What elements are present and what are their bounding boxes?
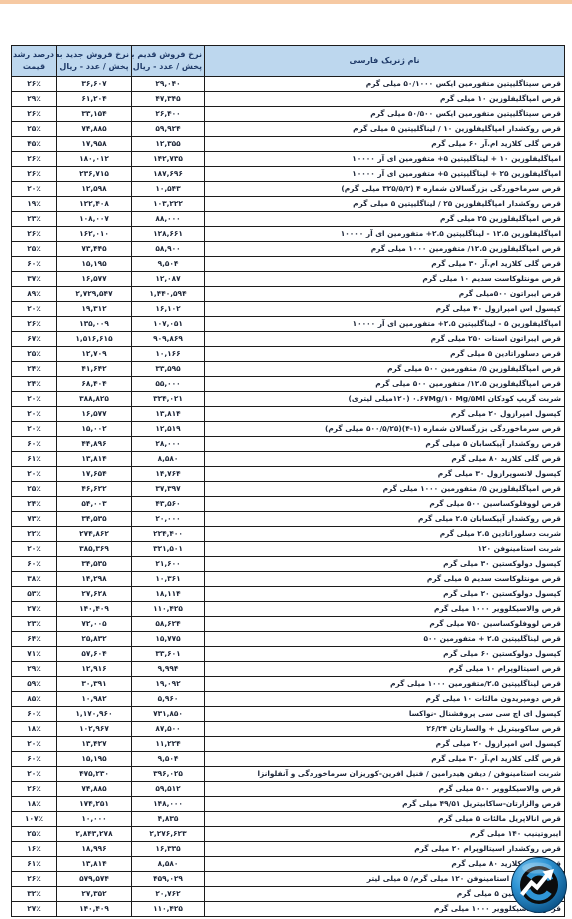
growth-percent-cell: ۳۲٪ (12, 887, 57, 902)
growth-percent-cell-value: ۲۶٪ (27, 154, 41, 163)
new-price-cell: ۱,۱۷۰,۹۶۰ (57, 707, 132, 722)
growth-percent-cell-value: ۲۳٪ (27, 214, 41, 223)
new-price-cell-value: ۱۳,۸۱۴ (81, 859, 106, 868)
table-row: قرص لووفلوکساسین ۵۰۰ میلی گرم۴۳,۵۶۰۵۴,۰۰… (12, 497, 565, 512)
old-price-cell: ۳۷,۳۹۷ (132, 482, 205, 497)
drug-name-cell: قرص والاسیکلوویر ۵۰۰ میلی گرم (205, 782, 565, 797)
table-row: قرص گلی کلازید ۸۰ میلی گرم۸,۵۸۰۱۳,۸۱۴۶۱٪ (12, 452, 565, 467)
drug-name-cell: کپسول اس امپرازول ۴۰ میلی گرم (205, 302, 565, 317)
drug-name-cell: قرص لیناگلیپتین ۲.۵ + متفورمین ۵۰۰ (205, 632, 565, 647)
growth-percent-cell-value: ۲۳٪ (27, 619, 41, 628)
growth-percent-cell: ۲۰٪ (12, 182, 57, 197)
growth-percent-cell-value: ۴۵٪ (27, 139, 41, 148)
growth-percent-cell-value: ۶۰٪ (27, 559, 41, 568)
new-price-cell-value: ۱۷۴,۲۵۱ (79, 799, 109, 808)
growth-percent-cell-value: ۲۰٪ (27, 769, 41, 778)
new-price-cell-value: ۱۶,۵۷۷ (81, 274, 106, 283)
growth-percent-cell-value: ۷۱٪ (27, 649, 41, 658)
drug-name-cell: قرص گلی کلازید ۸۰ میلی گرم (205, 452, 565, 467)
column-header-label: نرخ فروش جدید به (59, 49, 129, 62)
old-price-cell: ۱۶,۱۰۲ (132, 302, 205, 317)
old-price-cell-value: ۱۵,۷۷۵ (155, 634, 180, 643)
new-price-cell: ۱۶,۵۷۷ (57, 272, 132, 287)
growth-percent-cell-value: ۲۷٪ (27, 604, 41, 613)
table-row: شربت دسلوراتادین ۲.۵ میلی گرم۲۲۴,۴۰۰۲۷۴,… (12, 527, 565, 542)
new-price-cell-value: ۱۵,۰۰۲ (81, 424, 106, 433)
growth-percent-cell: ۲۳٪ (12, 617, 57, 632)
old-price-cell: ۱۰۷,۰۵۱ (132, 317, 205, 332)
old-price-cell: ۱۲۸,۶۶۱ (132, 227, 205, 242)
table-row: قرص امپاگلیفلوزین ۵/ متفورمین ۱۰۰۰ میلی … (12, 482, 565, 497)
growth-percent-cell-value: ۲۴٪ (27, 379, 41, 388)
old-price-cell-value: ۱۱۰,۴۲۵ (153, 904, 183, 913)
new-price-cell: ۱۷,۹۵۸ (57, 137, 132, 152)
drug-name-cell: قرص لیناگلیپتین ۲.۵/متفورمین ۱۰۰۰ میلی گ… (205, 677, 565, 692)
table-row: کپسول دولوکستین ۳۰ میلی گرم۲۱,۶۰۰۳۴,۵۳۵۶… (12, 557, 565, 572)
old-price-cell-value: ۱۲,۳۵۵ (155, 139, 180, 148)
growth-percent-cell: ۲۰٪ (12, 392, 57, 407)
old-price-cell: ۸۷,۵۰۰ (132, 722, 205, 737)
new-price-cell-value: ۳۰,۳۹۱ (81, 679, 106, 688)
drug-name-cell: قرص امپاگلیفلوزین ۲۵ میلی گرم (205, 212, 565, 227)
growth-percent-cell: ۲۶٪ (12, 77, 57, 92)
growth-percent-cell-value: ۲۴٪ (27, 364, 41, 373)
table-row: قرص دسلوراتادین ۵ میلی گرم۱۰,۱۶۶۱۲,۷۰۹۲۵… (12, 347, 565, 362)
drug-name-cell: قرص روکشدار اسیتالوپرام ۲۰ میلی گرم (205, 842, 565, 857)
drug-name-cell: شربت استامینوفن ۱۲۰ (205, 542, 565, 557)
growth-percent-cell: ۲۶٪ (12, 107, 57, 122)
new-price-cell-value: ۱,۱۷۰,۹۶۰ (75, 709, 112, 718)
table-row: قرص امپاگلیفلوزین ۱۰ میلی گرم۴۷,۳۴۵۶۱,۲۰… (12, 92, 565, 107)
table-header: نام ژنریک فارسی نرخ فروش قدیم به پخش / ع… (12, 46, 565, 77)
drug-name-cell: قرص امپاگلیفلوزین ۱۲.۵/ متفورمین ۵۰۰ میل… (205, 377, 565, 392)
new-price-cell-value: ۱۵,۱۹۵ (81, 259, 106, 268)
column-header-label: قیمت (14, 61, 54, 74)
old-price-cell-value: ۸,۵۸۰ (158, 859, 179, 868)
new-price-cell: ۱۳,۸۱۴ (57, 857, 132, 872)
table-row: شربت استامینوفن ۱۲۰۳۲۱,۵۰۱۳۸۵,۳۶۹۲۰٪ (12, 542, 565, 557)
old-price-cell-value: ۸۷,۵۰۰ (155, 724, 180, 733)
drug-name-cell: قرص گلی کلازید ام.آر ۶۰ میلی گرم (205, 137, 565, 152)
growth-percent-cell-value: ۲۶٪ (27, 319, 41, 328)
new-price-cell: ۱۰,۹۸۲ (57, 692, 132, 707)
growth-percent-cell-value: ۲۵٪ (27, 124, 41, 133)
column-header-label: پخش / عدد - ریال (134, 61, 202, 74)
growth-percent-cell: ۸۹٪ (12, 287, 57, 302)
drug-name-cell: قرص ایبراتون ۵۰۰میلی گرم (205, 287, 565, 302)
old-price-cell: ۲۹,۰۴۰ (132, 77, 205, 92)
old-price-cell-value: ۸,۵۸۰ (158, 454, 179, 463)
new-price-cell-value: ۱۶,۵۷۷ (81, 409, 106, 418)
new-price-cell-value: ۲۷۴,۸۶۲ (79, 529, 109, 538)
old-price-cell-value: ۹,۵۰۴ (158, 259, 179, 268)
growth-percent-cell-value: ۲۰٪ (27, 469, 41, 478)
old-price-cell: ۱۸,۱۱۴ (132, 587, 205, 602)
growth-percent-cell: ۲۶٪ (12, 152, 57, 167)
old-price-cell: ۸۸,۰۰۰ (132, 212, 205, 227)
growth-percent-cell: ۲۳٪ (12, 212, 57, 227)
old-price-cell-value: ۱۰۳,۲۲۲ (153, 199, 183, 208)
new-price-cell-value: ۱۴۰,۴۰۹ (79, 604, 109, 613)
new-price-cell-value: ۱۴,۲۹۸ (81, 574, 106, 583)
growth-percent-cell: ۲۰٪ (12, 767, 57, 782)
new-price-cell-value: ۵۴,۰۰۳ (81, 499, 106, 508)
growth-percent-cell-value: ۶۰٪ (27, 259, 41, 268)
growth-percent-cell: ۷۱٪ (12, 647, 57, 662)
new-price-cell: ۷۲,۰۰۵ (57, 617, 132, 632)
column-header-generic-name: نام ژنریک فارسی (205, 46, 565, 77)
growth-percent-cell: ۲۰٪ (12, 542, 57, 557)
growth-percent-cell: ۶۱٪ (12, 452, 57, 467)
table-row: قرص لیناگلیپتین ۲.۵/متفورمین ۱۰۰۰ میلی گ… (12, 677, 565, 692)
new-price-cell: ۲,۸۴۳,۲۷۸ (57, 827, 132, 842)
growth-percent-cell-value: ۲۴٪ (27, 499, 41, 508)
drug-name-cell: قرص لووفلوکساسین ۷۵۰ میلی گرم (205, 617, 565, 632)
column-header-label: نرخ فروش قدیم به (134, 49, 202, 62)
new-price-cell: ۱۶۲,۰۱۰ (57, 227, 132, 242)
drug-name-cell: قرص روکشدار امپاگلیفلوزین ۱۰ / لیناگلیپت… (205, 122, 565, 137)
old-price-cell-value: ۲۱,۶۰۰ (155, 559, 180, 568)
new-price-cell-value: ۴۴,۸۹۶ (81, 439, 106, 448)
old-price-cell-value: ۳۳,۵۹۵ (155, 364, 180, 373)
new-price-cell: ۷۴,۸۸۵ (57, 122, 132, 137)
table-row: قرص ایبراتون استات ۲۵۰ میلی گرم۹۰۹,۸۶۹۱,… (12, 332, 565, 347)
growth-percent-cell-value: ۲۰٪ (27, 304, 41, 313)
old-price-cell-value: ۵,۹۶۰ (158, 694, 179, 703)
table-row: قرص والاسیکلوویر ۱۰۰۰ میلی گرم۱۱۰,۴۲۵۱۴۰… (12, 902, 565, 917)
old-price-cell: ۳۲۱,۵۰۱ (132, 542, 205, 557)
drug-name-cell: قرص سیتاگلیپتین متفورمین ایکس ۵۰/۵۰۰ میل… (205, 107, 565, 122)
old-price-cell: ۲۱,۶۰۰ (132, 557, 205, 572)
new-price-cell-value: ۴۶,۶۲۲ (81, 484, 106, 493)
growth-percent-cell-value: ۶۰٪ (27, 754, 41, 763)
new-price-cell-value: ۱۹,۳۱۲ (81, 304, 106, 313)
drug-name-cell: قرص اسیتالوپرام ۱۰ میلی گرم (205, 662, 565, 677)
old-price-cell: ۱۱۰,۴۲۵ (132, 902, 205, 917)
old-price-cell-value: ۲۸,۰۰۰ (155, 439, 180, 448)
old-price-cell-value: ۱۸۷,۶۹۶ (153, 169, 183, 178)
old-price-cell-value: ۱۲۸,۶۶۱ (153, 229, 183, 238)
new-price-cell: ۷۳,۴۴۵ (57, 242, 132, 257)
old-price-cell-value: ۵۵,۰۰۰ (155, 379, 180, 388)
new-price-cell-value: ۳۶,۶۰۷ (81, 79, 106, 88)
new-price-cell: ۱۴۰,۴۰۹ (57, 902, 132, 917)
old-price-cell-value: ۲۹,۰۴۰ (155, 79, 180, 88)
new-price-cell-value: ۷۴,۸۸۵ (81, 784, 106, 793)
drug-name-cell: قرص دسلوراتادین ۵ میلی گرم (205, 347, 565, 362)
new-price-cell-value: ۷۴,۸۸۵ (81, 124, 106, 133)
old-price-cell-value: ۲,۲۷۶,۶۲۳ (149, 829, 186, 838)
growth-percent-cell: ۵۹٪ (12, 677, 57, 692)
new-price-cell: ۱,۵۱۶,۶۱۵ (57, 332, 132, 347)
growth-percent-cell: ۲۶٪ (12, 782, 57, 797)
growth-percent-cell: ۴۵٪ (12, 137, 57, 152)
old-price-cell: ۱۴۲,۷۳۵ (132, 152, 205, 167)
table-row: قرص امپاگلیفلوزین ۲۵ میلی گرم۸۸,۰۰۰۱۰۸,۰… (12, 212, 565, 227)
old-price-cell-value: ۴۳,۵۶۰ (155, 499, 180, 508)
old-price-cell: ۴,۸۳۵ (132, 812, 205, 827)
new-price-cell: ۲,۷۲۹,۵۴۷ (57, 287, 132, 302)
old-price-cell: ۲۰,۰۰۰ (132, 512, 205, 527)
drug-name-cell: قرص مونتلوکاست سدیم ۱۰ میلی گرم (205, 272, 565, 287)
drug-name-cell: قرص سرماخوردگی بزرگسالان شماره ۴ (۳۲۵/۵/… (205, 182, 565, 197)
new-price-cell: ۱۰,۰۰۰ (57, 812, 132, 827)
growth-percent-cell: ۲۵٪ (12, 347, 57, 362)
growth-percent-cell-value: ۶۴٪ (27, 634, 41, 643)
table-row: کپسول اس امپرازول ۲۰ میلی گرم۱۱,۲۲۴۱۳,۴۲… (12, 737, 565, 752)
new-price-cell-value: ۳۴,۵۳۵ (81, 559, 106, 568)
old-price-cell: ۹۰۹,۸۶۹ (132, 332, 205, 347)
growth-percent-cell-value: ۲۲٪ (27, 529, 41, 538)
new-price-cell-value: ۷۳,۴۴۵ (81, 244, 106, 253)
old-price-cell-value: ۲۰,۰۰۰ (155, 514, 180, 523)
new-price-cell-value: ۱۳۵,۰۰۹ (79, 319, 109, 328)
drug-name-cell: قرص والزارتان-ساکابیتریل ۴۹/۵۱ میلی گرم (205, 797, 565, 812)
old-price-cell-value: ۲۶,۴۰۰ (155, 109, 180, 118)
old-price-cell: ۴۵۹,۰۲۹ (132, 872, 205, 887)
table-row: قرص لووفلوکساسین ۷۵۰ میلی گرم۵۸,۶۲۴۷۲,۰۰… (12, 617, 565, 632)
table-row: قرص والاسیکلوویر ۵۰۰ میلی گرم۵۹,۵۱۲۷۴,۸۸… (12, 782, 565, 797)
old-price-cell: ۱۱,۲۲۴ (132, 737, 205, 752)
growth-percent-cell-value: ۲۶٪ (27, 169, 41, 178)
old-price-cell: ۷۳۱,۸۵۰ (132, 707, 205, 722)
growth-percent-cell: ۲۵٪ (12, 122, 57, 137)
new-price-cell: ۳۸۸,۸۲۵ (57, 392, 132, 407)
new-price-cell-value: ۱۲,۷۰۹ (81, 349, 106, 358)
table-row: قرص روکشدار امپاگلیفلوزین ۱۰ / لیناگلیپت… (12, 122, 565, 137)
table-row: امپاگلیفلوزین ۱۰ + لیناگلیپتین ۵+ متفورم… (12, 152, 565, 167)
old-price-cell-value: ۹,۹۹۴ (158, 664, 179, 673)
growth-percent-cell-value: ۷۳٪ (27, 514, 41, 523)
growth-percent-cell: ۱۸٪ (12, 722, 57, 737)
growth-percent-cell: ۲۹٪ (12, 662, 57, 677)
growth-percent-cell: ۶۰٪ (12, 257, 57, 272)
table-row: قرص گلی کلازید ۸۰ میلی گرم۸,۵۸۰۱۳,۸۱۴۶۱٪ (12, 857, 565, 872)
growth-percent-cell: ۲۰٪ (12, 422, 57, 437)
growth-percent-cell-value: ۵۳٪ (27, 589, 41, 598)
old-price-cell-value: ۴۷,۳۴۵ (155, 94, 180, 103)
growth-percent-cell: ۲۴٪ (12, 377, 57, 392)
old-price-cell: ۱۱۰,۴۲۵ (132, 602, 205, 617)
new-price-cell: ۱۰۸,۰۰۷ (57, 212, 132, 227)
drug-name-cell: کپسول دولوکستین ۳۰ میلی گرم (205, 557, 565, 572)
new-price-cell-value: ۱۰,۹۸۲ (81, 694, 106, 703)
old-price-cell-value: ۱۱۰,۴۲۵ (153, 604, 183, 613)
growth-percent-cell: ۲۶٪ (12, 167, 57, 182)
new-price-cell: ۳۳,۱۵۴ (57, 107, 132, 122)
growth-percent-cell-value: ۸۹٪ (27, 289, 41, 298)
old-price-cell-value: ۱۶,۱۰۲ (155, 304, 180, 313)
old-price-cell: ۵۵,۰۰۰ (132, 377, 205, 392)
new-price-cell-value: ۵۷۹,۵۷۴ (79, 874, 109, 883)
old-price-cell-value: ۱۰,۱۶۶ (155, 349, 180, 358)
growth-percent-cell-value: ۲۹٪ (27, 94, 41, 103)
old-price-cell-value: ۷۳۱,۸۵۰ (153, 709, 183, 718)
drug-name-cell: قرص سیتاگلیپتین متفورمین ایکس ۵۰/۱۰۰۰ می… (205, 77, 565, 92)
growth-percent-cell: ۲۲٪ (12, 527, 57, 542)
new-price-cell: ۱۲,۹۱۶ (57, 662, 132, 677)
table-row: قرص روکشدار آپیکسابان ۵ میلی گرم۲۸,۰۰۰۴۴… (12, 437, 565, 452)
drug-name-cell: امپاگلیفلوزین ۲۵ + لیناگلیپتین ۵+ متفورم… (205, 167, 565, 182)
table-row: قرص روکشدار آپیکسابان ۲.۵ میلی گرم۲۰,۰۰۰… (12, 512, 565, 527)
old-price-cell: ۱۲,۰۸۷ (132, 272, 205, 287)
growth-percent-cell-value: ۵۹٪ (27, 679, 41, 688)
growth-percent-cell: ۶۱٪ (12, 857, 57, 872)
header-row: نام ژنریک فارسی نرخ فروش قدیم به پخش / ع… (12, 46, 565, 77)
old-price-cell: ۵۹,۵۱۲ (132, 782, 205, 797)
growth-percent-cell-value: ۲۶٪ (27, 109, 41, 118)
new-price-cell: ۵۷,۶۰۴ (57, 647, 132, 662)
growth-percent-cell-value: ۶۱٪ (27, 859, 41, 868)
new-price-cell-value: ۳۴,۵۳۵ (81, 514, 106, 523)
drug-name-cell: امپاگلیفلوزین ۵ - لیناگلیپتین ۲.۵+ متفور… (205, 317, 565, 332)
growth-percent-cell: ۶۰٪ (12, 437, 57, 452)
growth-percent-cell: ۶۴٪ (12, 632, 57, 647)
growth-percent-cell: ۲۶٪ (12, 872, 57, 887)
old-price-cell: ۵,۹۶۰ (132, 692, 205, 707)
growth-percent-cell: ۳۸٪ (12, 572, 57, 587)
growth-percent-cell-value: ۲۰٪ (27, 424, 41, 433)
new-price-cell: ۱۸,۹۹۶ (57, 842, 132, 857)
drug-name-cell: کپسول دولوکستین ۶۰ میلی گرم (205, 647, 565, 662)
new-price-cell-value: ۷۲,۰۰۵ (81, 619, 106, 628)
new-price-cell: ۵۷۹,۵۷۴ (57, 872, 132, 887)
old-price-cell-value: ۵۹,۵۱۲ (155, 784, 180, 793)
growth-percent-cell-value: ۲۵٪ (27, 484, 41, 493)
new-price-cell: ۳۸۵,۳۶۹ (57, 542, 132, 557)
old-price-cell-value: ۴,۸۳۵ (158, 814, 179, 823)
old-price-cell-value: ۳۲۴,۰۲۱ (153, 394, 183, 403)
growth-percent-cell-value: ۲۶٪ (27, 79, 41, 88)
drug-name-cell: قرص ساکوبیتریل + والسارتان ۲۶/۲۴ (205, 722, 565, 737)
old-price-cell: ۵۸,۶۲۴ (132, 617, 205, 632)
old-price-cell-value: ۱۸,۱۱۴ (155, 589, 180, 598)
growth-percent-cell-value: ۶۷٪ (27, 334, 41, 343)
drug-name-cell: امپاگلیفلوزین ۱۰ + لیناگلیپتین ۵+ متفورم… (205, 152, 565, 167)
drug-name-cell: قرص گلی کلازید ام.آر ۳۰ میلی گرم (205, 752, 565, 767)
old-price-cell: ۸,۵۸۰ (132, 857, 205, 872)
old-price-cell-value: ۲۰,۷۶۲ (155, 889, 180, 898)
old-price-cell-value: ۳۳,۶۰۱ (155, 649, 180, 658)
growth-percent-cell-value: ۲۰٪ (27, 184, 41, 193)
growth-percent-cell-value: ۱۰۷٪ (25, 814, 43, 823)
old-price-cell: ۱,۴۴۰,۵۹۴ (132, 287, 205, 302)
growth-percent-cell-value: ۳۸٪ (27, 574, 41, 583)
old-price-cell: ۱۶,۳۳۵ (132, 842, 205, 857)
table-row: امپاگلیفلوزین ۲۵ + لیناگلیپتین ۵+ متفورم… (12, 167, 565, 182)
new-price-cell: ۶۸,۴۰۴ (57, 377, 132, 392)
table-row: کپسول اس امپرازول ۴۰ میلی گرم۱۶,۱۰۲۱۹,۳۱… (12, 302, 565, 317)
table-row: قرص امپاگلیفلوزین ۱۲.۵/ متفورمین ۱۰۰۰ می… (12, 242, 565, 257)
new-price-cell-value: ۱۸,۹۹۶ (81, 844, 106, 853)
old-price-cell: ۲۶,۴۰۰ (132, 107, 205, 122)
table-row: قرص لیناگلیپتین ۲.۵ + متفورمین ۵۰۰۱۵,۷۷۵… (12, 632, 565, 647)
table-row: کپسول ای اچ سی سی پروفشنال -نواکسا۷۳۱,۸۵… (12, 707, 565, 722)
drug-name-cell: ایبروتینیب ۱۴۰ میلی گرم (205, 827, 565, 842)
growth-percent-cell: ۶۷٪ (12, 332, 57, 347)
new-price-cell-value: ۳۸۵,۳۶۹ (79, 544, 109, 553)
growth-percent-cell-value: ۱۹٪ (27, 199, 41, 208)
new-price-cell: ۳۴,۵۳۵ (57, 557, 132, 572)
growth-percent-cell: ۲۰٪ (12, 302, 57, 317)
table-row: قرص گلی کلازید ام.آر ۳۰ میلی گرم۹,۵۰۴۱۵,… (12, 257, 565, 272)
growth-percent-cell-value: ۱۸٪ (27, 724, 41, 733)
new-price-cell: ۱۰۲,۹۶۷ (57, 722, 132, 737)
table-row: قرص سرماخوردگی بزرگسالان شماره ۴ (۳۲۵/۵/… (12, 182, 565, 197)
drug-name-cell: قرص والاسیکلوویر ۱۰۰۰ میلی گرم (205, 602, 565, 617)
new-price-cell: ۲۵,۸۳۲ (57, 632, 132, 647)
new-price-cell-value: ۱۴۰,۴۰۹ (79, 904, 109, 913)
new-price-cell: ۲۷,۶۲۸ (57, 587, 132, 602)
drug-name-cell: قرص امپاگلیفلوزین ۱۲.۵/ متفورمین ۱۰۰۰ می… (205, 242, 565, 257)
table-row: قرص ساکوبیتریل + والسارتان ۲۶/۲۴۸۷,۵۰۰۱۰… (12, 722, 565, 737)
old-price-cell: ۱۸۷,۶۹۶ (132, 167, 205, 182)
growth-percent-cell: ۱۰۷٪ (12, 812, 57, 827)
growth-percent-cell-value: ۲۶٪ (27, 784, 41, 793)
growth-percent-cell: ۳۷٪ (12, 272, 57, 287)
old-price-cell-value: ۸۸,۰۰۰ (155, 214, 180, 223)
new-price-cell: ۱۷,۶۵۴ (57, 467, 132, 482)
new-price-cell: ۱۹,۳۱۲ (57, 302, 132, 317)
new-price-cell-value: ۱۷,۶۵۴ (81, 469, 106, 478)
growth-percent-cell: ۲۰٪ (12, 737, 57, 752)
drug-name-cell: قرص امپاگلیفلوزین ۱۰ میلی گرم (205, 92, 565, 107)
drug-price-table: نام ژنریک فارسی نرخ فروش قدیم به پخش / ع… (11, 45, 565, 917)
table-row: قرص روکشدار اسیتالوپرام ۲۰ میلی گرم۱۶,۳۳… (12, 842, 565, 857)
growth-percent-cell-value: ۸۵٪ (27, 694, 41, 703)
table-row: قرص والاسیکلوویر ۱۰۰۰ میلی گرم۱۱۰,۴۲۵۱۴۰… (12, 602, 565, 617)
growth-percent-cell-value: ۲۰٪ (27, 739, 41, 748)
new-price-cell: ۴۶,۶۲۲ (57, 482, 132, 497)
drug-name-cell: قرص ایبراتون استات ۲۵۰ میلی گرم (205, 332, 565, 347)
table-row: قرص سرماخوردگی بزرگسالان شماره (۱-۴)(۵۰۰… (12, 422, 565, 437)
growth-percent-cell-value: ۲۶٪ (27, 229, 41, 238)
growth-percent-cell-value: ۱۸٪ (27, 799, 41, 808)
old-price-cell: ۱۳,۸۱۴ (132, 407, 205, 422)
table-row: قرص سیتاگلیپتین متفورمین ایکس ۵۰/۱۰۰۰ می… (12, 77, 565, 92)
trend-arrow-logo (510, 856, 568, 914)
old-price-cell-value: ۹,۵۰۴ (158, 754, 179, 763)
new-price-cell-value: ۲,۷۲۹,۵۴۷ (75, 289, 112, 298)
old-price-cell-value: ۱۶,۳۳۵ (155, 844, 180, 853)
new-price-cell: ۱۲,۵۹۸ (57, 182, 132, 197)
new-price-cell: ۱۴۰,۴۰۹ (57, 602, 132, 617)
column-header-label: درصد رشد (14, 49, 54, 62)
old-price-cell: ۱۴۸,۰۰۰ (132, 797, 205, 812)
old-price-cell: ۱۵,۷۷۵ (132, 632, 205, 647)
table-row: ایبروتینیب ۱۴۰ میلی گرم۲,۲۷۶,۶۲۳۲,۸۴۳,۲۷… (12, 827, 565, 842)
old-price-cell: ۳۹۶,۰۲۵ (132, 767, 205, 782)
new-price-cell-value: ۱۰۸,۰۰۷ (79, 214, 109, 223)
old-price-cell: ۳۲۴,۰۲۱ (132, 392, 205, 407)
table-row: قرص مونتلوکاست سدیم ۵ میلی گرم۱۰,۳۶۱۱۴,۲… (12, 572, 565, 587)
old-price-cell-value: ۲۲۴,۴۰۰ (153, 529, 183, 538)
drug-name-cell: کپسول امپرازول ۲۰ میلی گرم (205, 407, 565, 422)
table-row: کپسول دولوکستین ۲۰ میلی گرم۱۸,۱۱۴۲۷,۶۲۸۵… (12, 587, 565, 602)
old-price-cell: ۱۹,۰۹۲ (132, 677, 205, 692)
page: نام ژنریک فارسی نرخ فروش قدیم به پخش / ع… (0, 0, 572, 919)
table-row: امپاگلیفلوزین ۵ - لیناگلیپتین ۲.۵+ متفور… (12, 317, 565, 332)
new-price-cell-value: ۵۷,۶۰۴ (81, 649, 106, 658)
old-price-cell: ۹,۵۰۴ (132, 752, 205, 767)
new-price-cell-value: ۲۵,۸۳۲ (81, 634, 106, 643)
new-price-cell: ۱۲۲,۴۰۸ (57, 197, 132, 212)
new-price-cell: ۲۳۶,۷۱۵ (57, 167, 132, 182)
old-price-cell: ۱۲,۳۵۵ (132, 137, 205, 152)
growth-percent-cell: ۲۰٪ (12, 467, 57, 482)
old-price-cell-value: ۱۰,۵۴۳ (155, 184, 180, 193)
drug-name-cell: شربت گریپ کودکان ۰.۶۷Mg/۱۰ Mg/۵Ml (۱۲۰می… (205, 392, 565, 407)
